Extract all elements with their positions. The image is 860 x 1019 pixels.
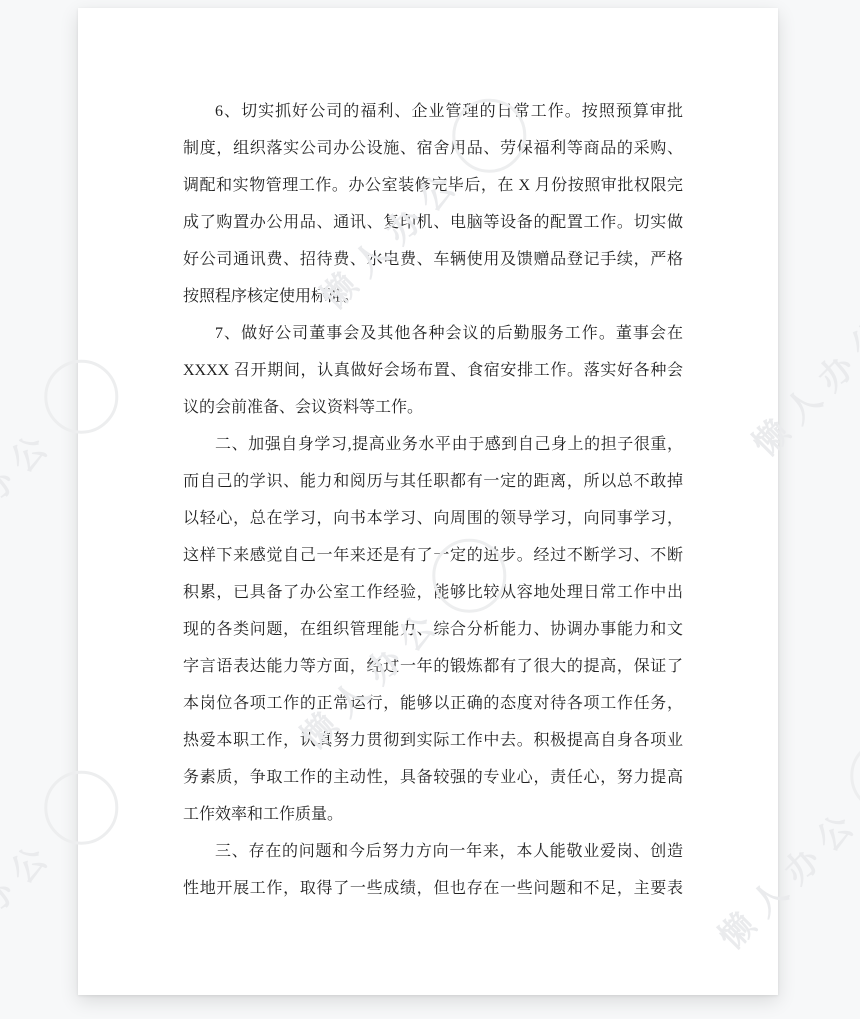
text-line: 热爱本职工作，认真努力贯彻到实际工作中去。积极提高自身各项业 (183, 722, 683, 759)
text-line: 二、加强自身学习,提高业务水平由于感到自己身上的担子很重， (183, 426, 683, 463)
text-line: 本岗位各项工作的正常运行，能够以正确的态度对待各项工作任务， (183, 685, 683, 722)
text-line: 现的各类问题，在组织管理能力、综合分析能力、协调办事能力和文 (183, 611, 683, 648)
text-line: 好公司通讯费、招待费、水电费、车辆使用及馈赠品登记手续，严格 (183, 241, 683, 278)
paragraph: 三、存在的问题和今后努力方向一年来，本人能敬业爱岗、创造性地开展工作，取得了一些… (183, 833, 683, 907)
text-line: 三、存在的问题和今后努力方向一年来，本人能敬业爱岗、创造 (183, 833, 683, 870)
text-line: 7、做好公司董事会及其他各种会议的后勤服务工作。董事会在 (183, 315, 683, 352)
document-viewer: 6、切实抓好公司的福利、企业管理的日常工作。按照预算审批制度，组织落实公司办公设… (0, 0, 860, 1019)
watermark-logo-circle (835, 723, 860, 828)
text-line: 这样下来感觉自己一年来还是有了一定的进步。经过不断学习、不断 (183, 537, 683, 574)
text-line: 议的会前准备、会议资料等工作。 (183, 389, 683, 426)
paragraph: 7、做好公司董事会及其他各种会议的后勤服务工作。董事会在XXXX 召开期间，认真… (183, 315, 683, 426)
text-line: 而自己的学识、能力和阅历与其任职都有一定的距离，所以总不敢掉 (183, 463, 683, 500)
document-content: 6、切实抓好公司的福利、企业管理的日常工作。按照预算审批制度，组织落实公司办公设… (183, 93, 683, 907)
watermark-text: 懒人办公 (0, 414, 64, 579)
text-line: 以轻心，总在学习，向书本学习、向周围的领导学习，向同事学习， (183, 500, 683, 537)
paragraph: 6、切实抓好公司的福利、企业管理的日常工作。按照预算审批制度，组织落实公司办公设… (183, 93, 683, 315)
text-line: 性地开展工作，取得了一些成绩，但也存在一些问题和不足，主要表 (183, 870, 683, 907)
text-line: 调配和实物管理工作。办公室装修完毕后，在 X 月份按照审批权限完 (183, 167, 683, 204)
text-line: 工作效率和工作质量。 (183, 796, 683, 833)
text-line: XXXX 召开期间，认真做好会场布置、食宿安排工作。落实好各种会 (183, 352, 683, 389)
text-line: 成了购置办公用品、通讯、复印机、电脑等设备的配置工作。切实做 (183, 204, 683, 241)
document-page: 6、切实抓好公司的福利、企业管理的日常工作。按照预算审批制度，组织落实公司办公设… (78, 8, 778, 995)
text-line: 按照程序核定使用标准。 (183, 278, 683, 315)
watermark-text: 懒人办公 (0, 825, 64, 990)
text-line: 制度，组织落实公司办公设施、宿舍用品、劳保福利等商品的采购、 (183, 130, 683, 167)
text-line: 6、切实抓好公司的福利、企业管理的日常工作。按照预算审批 (183, 93, 683, 130)
text-line: 务素质，争取工作的主动性，具备较强的专业心，责任心，努力提高 (183, 759, 683, 796)
text-line: 字言语表达能力等方面，经过一年的锻炼都有了很大的提高，保证了 (183, 648, 683, 685)
text-line: 积累，已具备了办公室工作经验，能够比较从容地处理日常工作中出 (183, 574, 683, 611)
paragraph: 二、加强自身学习,提高业务水平由于感到自己身上的担子很重，而自己的学识、能力和阅… (183, 426, 683, 833)
